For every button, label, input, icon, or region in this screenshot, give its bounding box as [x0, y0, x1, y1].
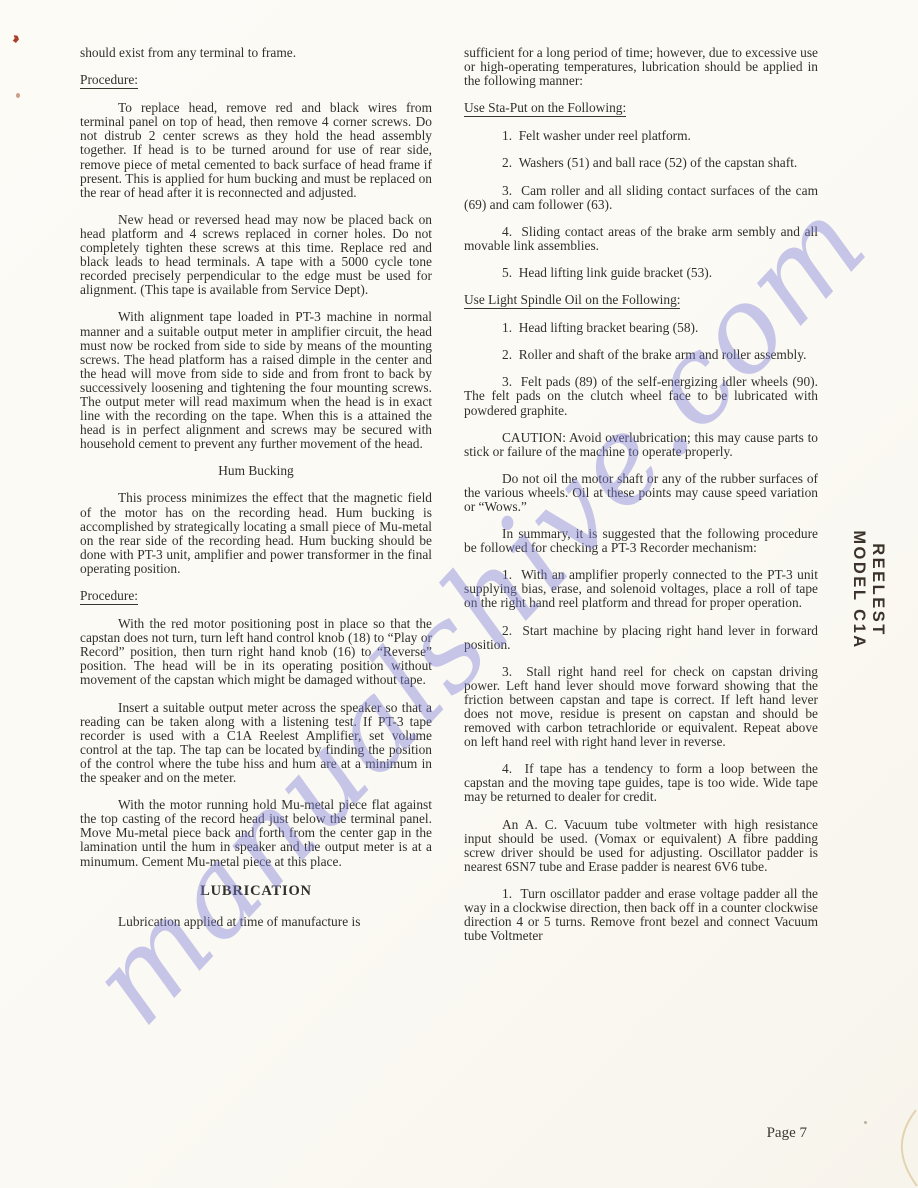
page-curl-mark — [886, 1108, 918, 1188]
ink-speck — [12, 35, 19, 43]
underlined-heading: Procedure: — [80, 73, 432, 87]
centered-heading: Hum Bucking — [80, 464, 432, 478]
paragraph: Insert a suitable output meter across th… — [80, 701, 432, 786]
paragraph: 5. Head lifting link guide bracket (53). — [464, 266, 818, 280]
paragraph: In summary, it is suggested that the fol… — [464, 527, 818, 555]
paragraph: 2. Start machine by placing right hand l… — [464, 624, 818, 652]
paragraph: 1. Head lifting bracket bearing (58). — [464, 321, 818, 335]
page-number: Page 7 — [767, 1125, 807, 1142]
left-text-column: should exist from any terminal to frame.… — [80, 46, 432, 942]
paragraph: Lubrication applied at time of manufactu… — [80, 915, 432, 929]
ink-speck — [16, 93, 20, 98]
paragraph: 3. Cam roller and all sliding contact su… — [464, 184, 818, 212]
right-text-column: sufficient for a long period of time; ho… — [464, 46, 818, 956]
sidebar-model-line1: REELEST — [868, 530, 887, 649]
paragraph: To replace head, remove red and black wi… — [80, 101, 432, 200]
paragraph: An A. C. Vacuum tube voltmeter with high… — [464, 818, 818, 874]
paragraph: 2. Roller and shaft of the brake arm and… — [464, 348, 818, 362]
paragraph: This process minimizes the effect that t… — [80, 491, 432, 576]
sidebar-model-line2: MODEL C1A — [849, 530, 868, 649]
underlined-heading: Procedure: — [80, 589, 432, 603]
underlined-heading: Use Sta-Put on the Following: — [464, 101, 818, 115]
paragraph: 1. Felt washer under reel platform. — [464, 129, 818, 143]
caps-heading: LUBRICATION — [80, 884, 432, 898]
paragraph: 3. Felt pads (89) of the self-energizing… — [464, 375, 818, 417]
paragraph: 4. If tape has a tendency to form a loop… — [464, 762, 818, 804]
paragraph: Do not oil the motor shaft or any of the… — [464, 472, 818, 514]
paragraph: 4. Sliding contact areas of the brake ar… — [464, 225, 818, 253]
paragraph: 1. Turn oscillator padder and erase volt… — [464, 887, 818, 943]
scanned-manual-page: should exist from any terminal to frame.… — [0, 0, 918, 1188]
paragraph: 1. With an amplifier properly connected … — [464, 568, 818, 610]
dust-speck — [864, 1121, 867, 1124]
paragraph: CAUTION: Avoid overlubrication; this may… — [464, 431, 818, 459]
paragraph: 3. Stall right hand reel for check on ca… — [464, 665, 818, 750]
paragraph: With the red motor positioning post in p… — [80, 617, 432, 687]
paragraph: New head or reversed head may now be pla… — [80, 213, 432, 298]
paragraph: With the motor running hold Mu-metal pie… — [80, 798, 432, 868]
continuation: should exist from any terminal to frame. — [80, 46, 432, 60]
continuation: sufficient for a long period of time; ho… — [464, 46, 818, 88]
paragraph: With alignment tape loaded in PT-3 machi… — [80, 310, 432, 451]
paragraph: 2. Washers (51) and ball race (52) of th… — [464, 156, 818, 170]
underlined-heading: Use Light Spindle Oil on the Following: — [464, 293, 818, 307]
sidebar-model-label: REELEST MODEL C1A — [849, 530, 887, 649]
